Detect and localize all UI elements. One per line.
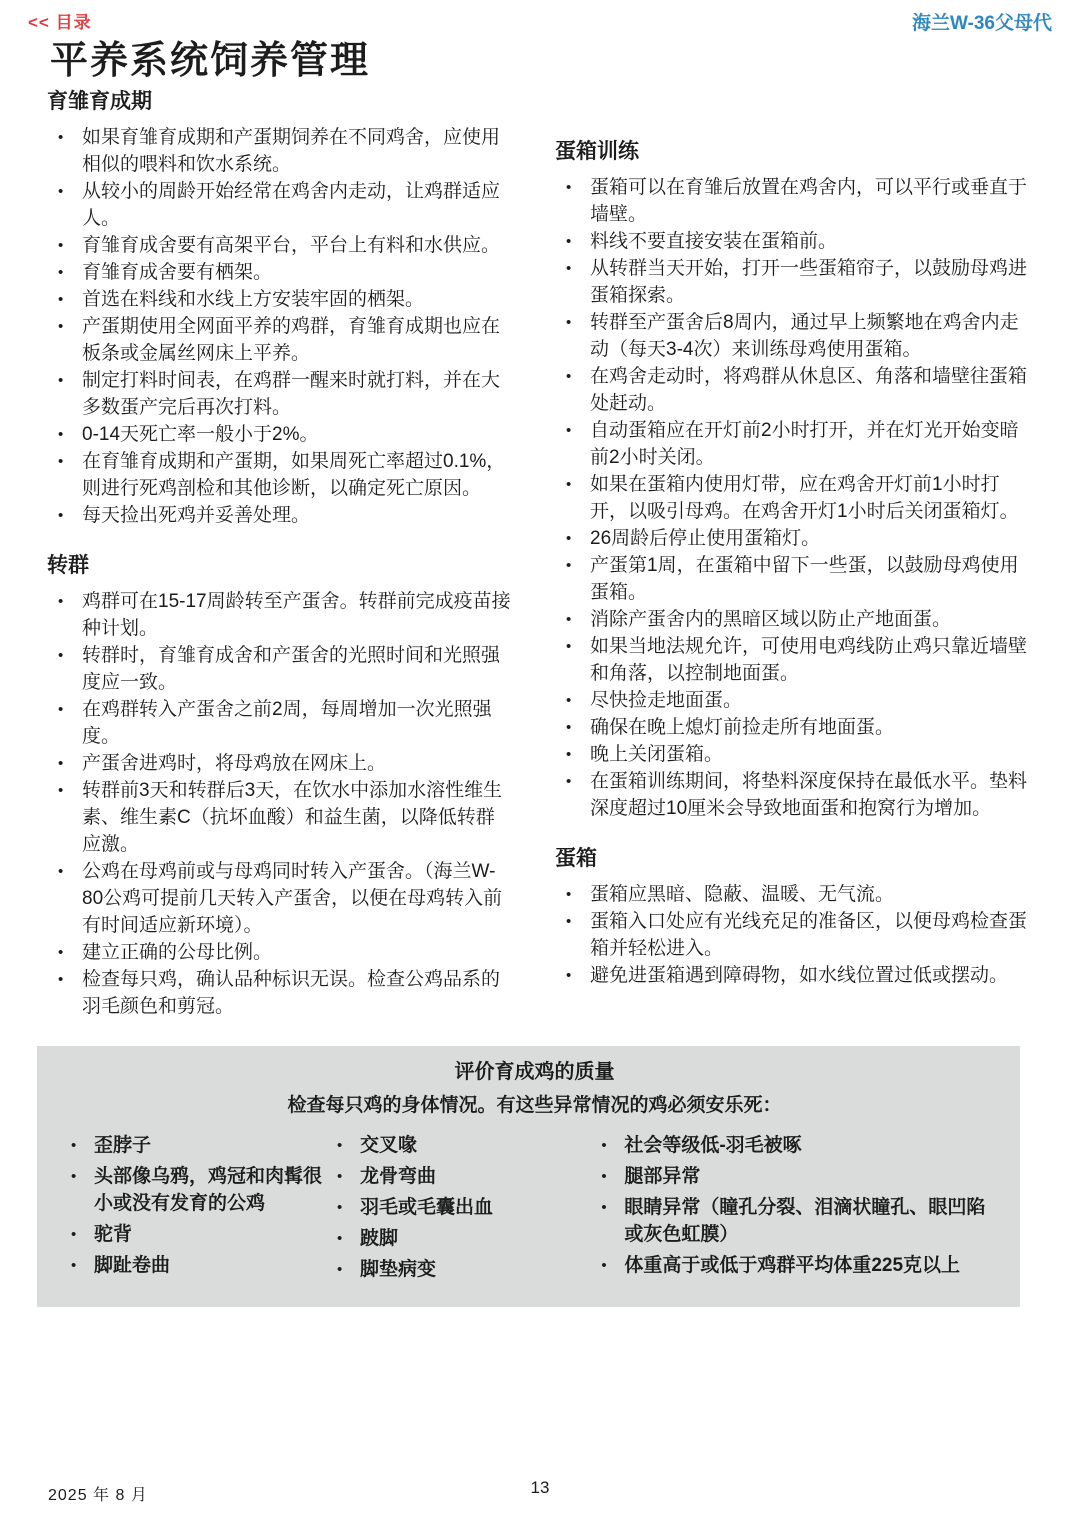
list-item: • 公鸡在母鸡前或与母鸡同时转入产蛋舍。（海兰W-80公鸡可提前几天转入产蛋舍，…: [47, 858, 513, 939]
bullet-icon: •: [555, 962, 590, 989]
bullet-icon: •: [67, 1132, 94, 1159]
bullet-icon: •: [47, 750, 82, 777]
list-item-text: 转群至产蛋舍后8周内，通过早上频繁地在鸡舍内走动（每天3-4次）来训练母鸡使用蛋…: [590, 309, 1037, 363]
list-item: • 尽快捡走地面蛋。: [555, 687, 1037, 714]
list-item-text: 体重高于或低于鸡群平均体重225克以上: [624, 1252, 1002, 1279]
bullet-icon: •: [597, 1194, 624, 1221]
list-item-text: 从较小的周龄开始经常在鸡舍内走动，让鸡群适应人。: [82, 178, 513, 232]
bullet-icon: •: [555, 255, 590, 282]
list-item: • 首选在料线和水线上方安装牢固的栖架。: [47, 286, 513, 313]
list-item: • 脚垫病变: [333, 1256, 597, 1283]
list-item-text: 检查每只鸡，确认品种标识无误。检查公鸡品系的羽毛颜色和剪冠。: [82, 966, 513, 1020]
bullet-icon: •: [47, 367, 82, 394]
bullet-list: • 蛋箱可以在育雏后放置在鸡舍内，可以平行或垂直于墙壁。 • 料线不要直接安装在…: [555, 174, 1037, 822]
list-item: • 鸡群可在15-17周龄转至产蛋舍。转群前完成疫苗接种计划。: [47, 588, 513, 642]
list-item-text: 首选在料线和水线上方安装牢固的栖架。: [82, 286, 513, 313]
bullet-icon: •: [597, 1163, 624, 1190]
list-item: • 自动蛋箱应在开灯前2小时打开，并在灯光开始变暗前2小时关闭。: [555, 417, 1037, 471]
bullet-icon: •: [555, 633, 590, 660]
list-item-text: 眼睛异常（瞳孔分裂、泪滴状瞳孔、眼凹陷或灰色虹膜）: [624, 1194, 1002, 1248]
list-item-text: 龙骨弯曲: [360, 1163, 597, 1190]
quality-column: • 歪脖子 • 头部像乌鸦，鸡冠和肉髯很小或没有发育的公鸡 • 驼背 • 脚趾卷…: [67, 1132, 333, 1287]
brand-label: 海兰W-36父母代: [912, 8, 1052, 35]
list-item: • 制定打料时间表，在鸡群一醒来时就打料，并在大多数蛋产完后再次打料。: [47, 367, 513, 421]
bullet-icon: •: [47, 232, 82, 259]
list-item-text: 在育雏育成期和产蛋期，如果周死亡率超过0.1%，则进行死鸡剖检和其他诊断，以确定…: [82, 448, 513, 502]
list-item-text: 0-14天死亡率一般小于2%。: [82, 421, 513, 448]
list-item: • 确保在晚上熄灯前捡走所有地面蛋。: [555, 714, 1037, 741]
bullet-icon: •: [47, 178, 82, 205]
bullet-icon: •: [47, 588, 82, 615]
list-item-text: 在鸡群转入产蛋舍之前2周，每周增加一次光照强度。: [82, 696, 513, 750]
list-item: • 跛脚: [333, 1225, 597, 1252]
bullet-icon: •: [47, 858, 82, 885]
list-item-text: 跛脚: [360, 1225, 597, 1252]
bullet-icon: •: [555, 908, 590, 935]
list-item: • 消除产蛋舍内的黑暗区域以防止产地面蛋。: [555, 606, 1037, 633]
list-item-text: 避免进蛋箱遇到障碍物，如水线位置过低或摆动。: [590, 962, 1037, 989]
list-item-text: 脚趾卷曲: [94, 1252, 333, 1279]
bullet-icon: •: [67, 1252, 94, 1279]
bullet-icon: •: [47, 939, 82, 966]
bullet-icon: •: [555, 309, 590, 336]
toc-back-link[interactable]: << 目录: [28, 8, 92, 33]
quality-column: • 社会等级低-羽毛被啄 • 腿部异常 • 眼睛异常（瞳孔分裂、泪滴状瞳孔、眼凹…: [597, 1132, 1002, 1287]
list-item-text: 社会等级低-羽毛被啄: [624, 1132, 1002, 1159]
quality-columns: • 歪脖子 • 头部像乌鸦，鸡冠和肉髯很小或没有发育的公鸡 • 驼背 • 脚趾卷…: [67, 1132, 1002, 1287]
list-item: • 体重高于或低于鸡群平均体重225克以上: [597, 1252, 1002, 1279]
bullet-icon: •: [47, 696, 82, 723]
quality-box-title: 评价育成鸡的质量: [67, 1059, 1002, 1085]
bullet-icon: •: [47, 777, 82, 804]
bullet-icon: •: [555, 714, 590, 741]
bullet-icon: •: [333, 1132, 360, 1159]
list-item: • 在鸡舍走动时，将鸡群从休息区、角落和墙壁往蛋箱处赶动。: [555, 363, 1037, 417]
list-item-text: 羽毛或毛囊出血: [360, 1194, 597, 1221]
bullet-icon: •: [555, 606, 590, 633]
content-section: 育雏育成期 • 如果育雏育成期和产蛋期饲养在不同鸡舍，应使用相似的喂料和饮水系统…: [47, 89, 513, 529]
bullet-icon: •: [555, 741, 590, 768]
page-header: << 目录 海兰W-36父母代: [0, 0, 1080, 35]
bullet-icon: •: [333, 1256, 360, 1283]
quality-box-subtitle: 检查每只鸡的身体情况。有这些异常情况的鸡必须安乐死：: [67, 1093, 1002, 1118]
list-item: • 歪脖子: [67, 1132, 333, 1159]
list-item: • 脚趾卷曲: [67, 1252, 333, 1279]
bullet-list: • 蛋箱应黑暗、隐蔽、温暖、无气流。 • 蛋箱入口处应有光线充足的准备区，以便母…: [555, 881, 1037, 989]
list-item: • 在蛋箱训练期间，将垫料深度保持在最低水平。垫料深度超过10厘米会导致地面蛋和…: [555, 768, 1037, 822]
bullet-icon: •: [47, 642, 82, 669]
list-item-text: 产蛋舍进鸡时，将母鸡放在网床上。: [82, 750, 513, 777]
section-heading: 转群: [47, 553, 513, 578]
list-item-text: 在蛋箱训练期间，将垫料深度保持在最低水平。垫料深度超过10厘米会导致地面蛋和抱窝…: [590, 768, 1037, 822]
list-item-text: 产蛋期使用全网面平养的鸡群，育雏育成期也应在板条或金属丝网床上平养。: [82, 313, 513, 367]
list-item-text: 公鸡在母鸡前或与母鸡同时转入产蛋舍。（海兰W-80公鸡可提前几天转入产蛋舍，以便…: [82, 858, 513, 939]
bullet-icon: •: [555, 363, 590, 390]
right-column: 蛋箱训练 • 蛋箱可以在育雏后放置在鸡舍内，可以平行或垂直于墙壁。 • 料线不要…: [555, 89, 1037, 1020]
list-item: • 如果在蛋箱内使用灯带，应在鸡舍开灯前1小时打开，以吸引母鸡。在鸡舍开灯1小时…: [555, 471, 1037, 525]
document-page: << 目录 海兰W-36父母代 平养系统饲养管理 育雏育成期 • 如果育雏育成期…: [0, 0, 1080, 1526]
bullet-icon: •: [555, 881, 590, 908]
list-item: • 从转群当天开始，打开一些蛋箱帘子，以鼓励母鸡进蛋箱探索。: [555, 255, 1037, 309]
bullet-icon: •: [555, 228, 590, 255]
bullet-icon: •: [47, 421, 82, 448]
list-item-text: 育雏育成舍要有栖架。: [82, 259, 513, 286]
bullet-list: • 鸡群可在15-17周龄转至产蛋舍。转群前完成疫苗接种计划。 • 转群时，育雏…: [47, 588, 513, 1020]
list-item-text: 如果在蛋箱内使用灯带，应在鸡舍开灯前1小时打开，以吸引母鸡。在鸡舍开灯1小时后关…: [590, 471, 1037, 525]
list-item: • 蛋箱应黑暗、隐蔽、温暖、无气流。: [555, 881, 1037, 908]
list-item: • 转群至产蛋舍后8周内，通过早上频繁地在鸡舍内走动（每天3-4次）来训练母鸡使…: [555, 309, 1037, 363]
bullet-icon: •: [555, 471, 590, 498]
page-title: 平养系统饲养管理: [50, 39, 1080, 83]
list-item-text: 确保在晚上熄灯前捡走所有地面蛋。: [590, 714, 1037, 741]
list-item: • 交叉喙: [333, 1132, 597, 1159]
list-item-text: 建立正确的公母比例。: [82, 939, 513, 966]
list-item: • 料线不要直接安装在蛋箱前。: [555, 228, 1037, 255]
page-number: 13: [0, 1478, 1080, 1498]
list-item: • 检查每只鸡，确认品种标识无误。检查公鸡品系的羽毛颜色和剪冠。: [47, 966, 513, 1020]
list-item-text: 从转群当天开始，打开一些蛋箱帘子，以鼓励母鸡进蛋箱探索。: [590, 255, 1037, 309]
list-item-text: 蛋箱应黑暗、隐蔽、温暖、无气流。: [590, 881, 1037, 908]
list-item: • 产蛋期使用全网面平养的鸡群，育雏育成期也应在板条或金属丝网床上平养。: [47, 313, 513, 367]
list-item: • 蛋箱可以在育雏后放置在鸡舍内，可以平行或垂直于墙壁。: [555, 174, 1037, 228]
bullet-icon: •: [555, 174, 590, 201]
list-item-text: 头部像乌鸦，鸡冠和肉髯很小或没有发育的公鸡: [94, 1163, 333, 1217]
list-item: • 转群时，育雏育成舍和产蛋舍的光照时间和光照强度应一致。: [47, 642, 513, 696]
list-item-text: 如果当地法规允许，可使用电鸡线防止鸡只靠近墙壁和角落，以控制地面蛋。: [590, 633, 1037, 687]
quality-column: • 交叉喙 • 龙骨弯曲 • 羽毛或毛囊出血 • 跛脚 • 脚垫病变: [333, 1132, 597, 1287]
bullet-icon: •: [333, 1163, 360, 1190]
bullet-icon: •: [67, 1221, 94, 1248]
bullet-icon: •: [597, 1252, 624, 1279]
list-item: • 在鸡群转入产蛋舍之前2周，每周增加一次光照强度。: [47, 696, 513, 750]
bullet-icon: •: [67, 1163, 94, 1190]
bullet-icon: •: [555, 687, 590, 714]
list-item: • 如果育雏育成期和产蛋期饲养在不同鸡舍，应使用相似的喂料和饮水系统。: [47, 124, 513, 178]
bullet-icon: •: [47, 286, 82, 313]
list-item: • 建立正确的公母比例。: [47, 939, 513, 966]
list-item-text: 在鸡舍走动时，将鸡群从休息区、角落和墙壁往蛋箱处赶动。: [590, 363, 1037, 417]
bullet-list: • 如果育雏育成期和产蛋期饲养在不同鸡舍，应使用相似的喂料和饮水系统。 • 从较…: [47, 124, 513, 529]
left-column: 育雏育成期 • 如果育雏育成期和产蛋期饲养在不同鸡舍，应使用相似的喂料和饮水系统…: [47, 89, 513, 1020]
bullet-list: • 社会等级低-羽毛被啄 • 腿部异常 • 眼睛异常（瞳孔分裂、泪滴状瞳孔、眼凹…: [597, 1132, 1002, 1279]
section-heading: 育雏育成期: [47, 89, 513, 114]
list-item-text: 驼背: [94, 1221, 333, 1248]
bullet-icon: •: [47, 124, 82, 151]
bullet-icon: •: [47, 313, 82, 340]
list-item: • 育雏育成舍要有栖架。: [47, 259, 513, 286]
list-item-text: 交叉喙: [360, 1132, 597, 1159]
list-item-text: 腿部异常: [624, 1163, 1002, 1190]
list-item: • 每天捡出死鸡并妥善处理。: [47, 502, 513, 529]
bullet-icon: •: [47, 502, 82, 529]
list-item-text: 26周龄后停止使用蛋箱灯。: [590, 525, 1037, 552]
section-heading: 蛋箱: [555, 846, 1037, 871]
bullet-icon: •: [333, 1225, 360, 1252]
bullet-icon: •: [47, 448, 82, 475]
list-item: • 羽毛或毛囊出血: [333, 1194, 597, 1221]
list-item: • 产蛋舍进鸡时，将母鸡放在网床上。: [47, 750, 513, 777]
content-section: 转群 • 鸡群可在15-17周龄转至产蛋舍。转群前完成疫苗接种计划。 • 转群时…: [47, 553, 513, 1020]
list-item: • 腿部异常: [597, 1163, 1002, 1190]
list-item-text: 蛋箱入口处应有光线充足的准备区，以便母鸡检查蛋箱并轻松进入。: [590, 908, 1037, 962]
list-item-text: 蛋箱可以在育雏后放置在鸡舍内，可以平行或垂直于墙壁。: [590, 174, 1037, 228]
list-item-text: 产蛋第1周，在蛋箱中留下一些蛋，以鼓励母鸡使用蛋箱。: [590, 552, 1037, 606]
list-item-text: 育雏育成舍要有高架平台，平台上有料和水供应。: [82, 232, 513, 259]
list-item: • 龙骨弯曲: [333, 1163, 597, 1190]
list-item-text: 如果育雏育成期和产蛋期饲养在不同鸡舍，应使用相似的喂料和饮水系统。: [82, 124, 513, 178]
bullet-icon: •: [47, 259, 82, 286]
bullet-icon: •: [555, 552, 590, 579]
list-item: • 眼睛异常（瞳孔分裂、泪滴状瞳孔、眼凹陷或灰色虹膜）: [597, 1194, 1002, 1248]
quality-box: 评价育成鸡的质量 检查每只鸡的身体情况。有这些异常情况的鸡必须安乐死： • 歪脖…: [37, 1046, 1020, 1307]
list-item-text: 消除产蛋舍内的黑暗区域以防止产地面蛋。: [590, 606, 1037, 633]
list-item: • 26周龄后停止使用蛋箱灯。: [555, 525, 1037, 552]
list-item: • 蛋箱入口处应有光线充足的准备区，以便母鸡检查蛋箱并轻松进入。: [555, 908, 1037, 962]
list-item-text: 转群时，育雏育成舍和产蛋舍的光照时间和光照强度应一致。: [82, 642, 513, 696]
list-item: • 头部像乌鸦，鸡冠和肉髯很小或没有发育的公鸡: [67, 1163, 333, 1217]
bullet-icon: •: [555, 417, 590, 444]
list-item-text: 自动蛋箱应在开灯前2小时打开，并在灯光开始变暗前2小时关闭。: [590, 417, 1037, 471]
bullet-icon: •: [555, 525, 590, 552]
list-item-text: 料线不要直接安装在蛋箱前。: [590, 228, 1037, 255]
list-item-text: 歪脖子: [94, 1132, 333, 1159]
list-item-text: 脚垫病变: [360, 1256, 597, 1283]
list-item: • 在育雏育成期和产蛋期，如果周死亡率超过0.1%，则进行死鸡剖检和其他诊断，以…: [47, 448, 513, 502]
list-item-text: 尽快捡走地面蛋。: [590, 687, 1037, 714]
list-item: • 晚上关闭蛋箱。: [555, 741, 1037, 768]
content-section: 蛋箱 • 蛋箱应黑暗、隐蔽、温暖、无气流。 • 蛋箱入口处应有光线充足的准备区，…: [555, 846, 1037, 989]
list-item: • 产蛋第1周，在蛋箱中留下一些蛋，以鼓励母鸡使用蛋箱。: [555, 552, 1037, 606]
bullet-list: • 歪脖子 • 头部像乌鸦，鸡冠和肉髯很小或没有发育的公鸡 • 驼背 • 脚趾卷…: [67, 1132, 333, 1279]
list-item: • 0-14天死亡率一般小于2%。: [47, 421, 513, 448]
list-item-text: 转群前3天和转群后3天，在饮水中添加水溶性维生素、维生素C（抗坏血酸）和益生菌，…: [82, 777, 513, 858]
content-columns: 育雏育成期 • 如果育雏育成期和产蛋期饲养在不同鸡舍，应使用相似的喂料和饮水系统…: [47, 89, 1080, 1020]
list-item-text: 每天捡出死鸡并妥善处理。: [82, 502, 513, 529]
bullet-icon: •: [555, 768, 590, 795]
list-item: • 转群前3天和转群后3天，在饮水中添加水溶性维生素、维生素C（抗坏血酸）和益生…: [47, 777, 513, 858]
list-item-text: 鸡群可在15-17周龄转至产蛋舍。转群前完成疫苗接种计划。: [82, 588, 513, 642]
list-item-text: 制定打料时间表，在鸡群一醒来时就打料，并在大多数蛋产完后再次打料。: [82, 367, 513, 421]
list-item: • 社会等级低-羽毛被啄: [597, 1132, 1002, 1159]
bullet-icon: •: [333, 1194, 360, 1221]
bullet-icon: •: [47, 966, 82, 993]
list-item: • 育雏育成舍要有高架平台，平台上有料和水供应。: [47, 232, 513, 259]
bullet-list: • 交叉喙 • 龙骨弯曲 • 羽毛或毛囊出血 • 跛脚 • 脚垫病变: [333, 1132, 597, 1283]
content-section: 蛋箱训练 • 蛋箱可以在育雏后放置在鸡舍内，可以平行或垂直于墙壁。 • 料线不要…: [555, 139, 1037, 822]
bullet-icon: •: [597, 1132, 624, 1159]
section-heading: 蛋箱训练: [555, 139, 1037, 164]
list-item-text: 晚上关闭蛋箱。: [590, 741, 1037, 768]
list-item: • 如果当地法规允许，可使用电鸡线防止鸡只靠近墙壁和角落，以控制地面蛋。: [555, 633, 1037, 687]
list-item: • 避免进蛋箱遇到障碍物，如水线位置过低或摆动。: [555, 962, 1037, 989]
list-item: • 驼背: [67, 1221, 333, 1248]
list-item: • 从较小的周龄开始经常在鸡舍内走动，让鸡群适应人。: [47, 178, 513, 232]
